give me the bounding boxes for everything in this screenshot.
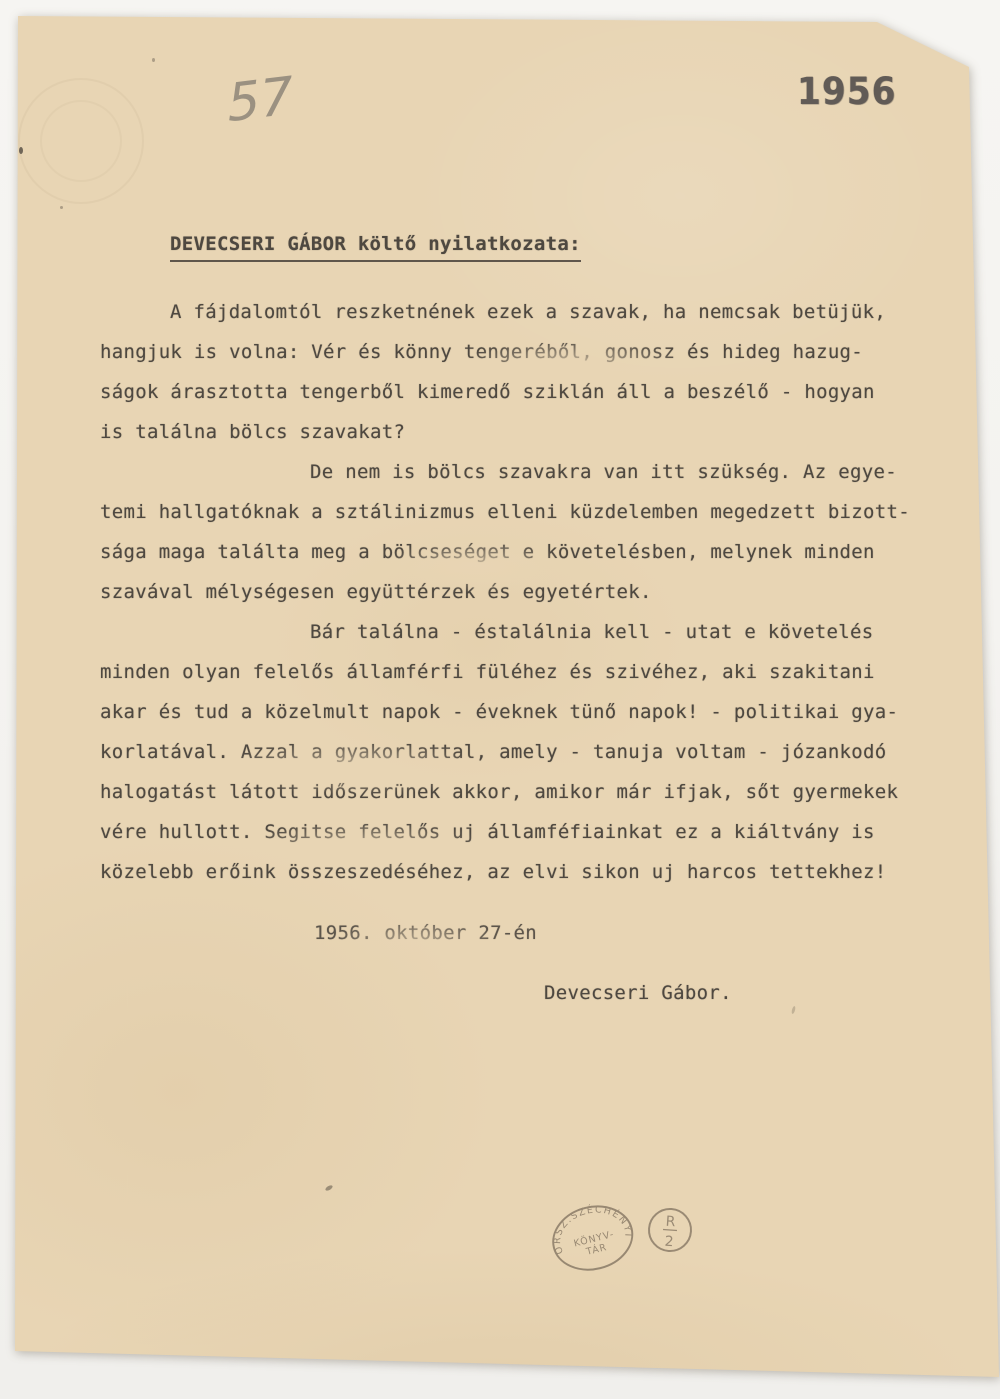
document-title: DEVECSERI GÁBOR költő nyilatkozata:	[170, 231, 581, 262]
signature: Devecseri Gábor.	[544, 973, 732, 1013]
document-body: A fájdalomtól reszketnének ezek a szavak…	[100, 292, 935, 892]
scan-surface: 57 1956 DEVECSERI GÁBOR költő nyilatkoza…	[0, 0, 1000, 1399]
handwritten-number-text: 57	[226, 66, 295, 134]
paper-speck	[325, 1184, 334, 1191]
paper-shadow: 57 1956 DEVECSERI GÁBOR költő nyilatkoza…	[0, 0, 1000, 1399]
blind-stamp-mark	[18, 78, 144, 204]
r2-circle-stamp: R 2	[642, 1202, 698, 1258]
paper-speck	[60, 206, 63, 209]
paragraph-3: Bár találna - éstalálnia kell - utat e k…	[100, 612, 935, 892]
paragraph-2: De nem is bölcs szavakra van itt szükség…	[100, 452, 935, 612]
r2-stamp-letter: R	[665, 1214, 676, 1231]
date-line: 1956. október 27-én	[314, 913, 537, 953]
document-page: 57 1956 DEVECSERI GÁBOR költő nyilatkoza…	[0, 0, 1000, 1399]
year-stamp: 1956	[797, 72, 896, 112]
handwritten-archive-number: 57	[200, 52, 340, 140]
paper-speck	[152, 58, 155, 62]
paragraph-1: A fájdalomtól reszketnének ezek a szavak…	[100, 292, 935, 452]
paper-speck	[19, 147, 23, 154]
r2-stamp-number: 2	[664, 1234, 674, 1251]
library-oval-stamp: ORSZ.SZÉCHÉNYI KÖNYV- TÁR	[534, 1185, 652, 1293]
pencil-mark	[791, 1006, 796, 1015]
